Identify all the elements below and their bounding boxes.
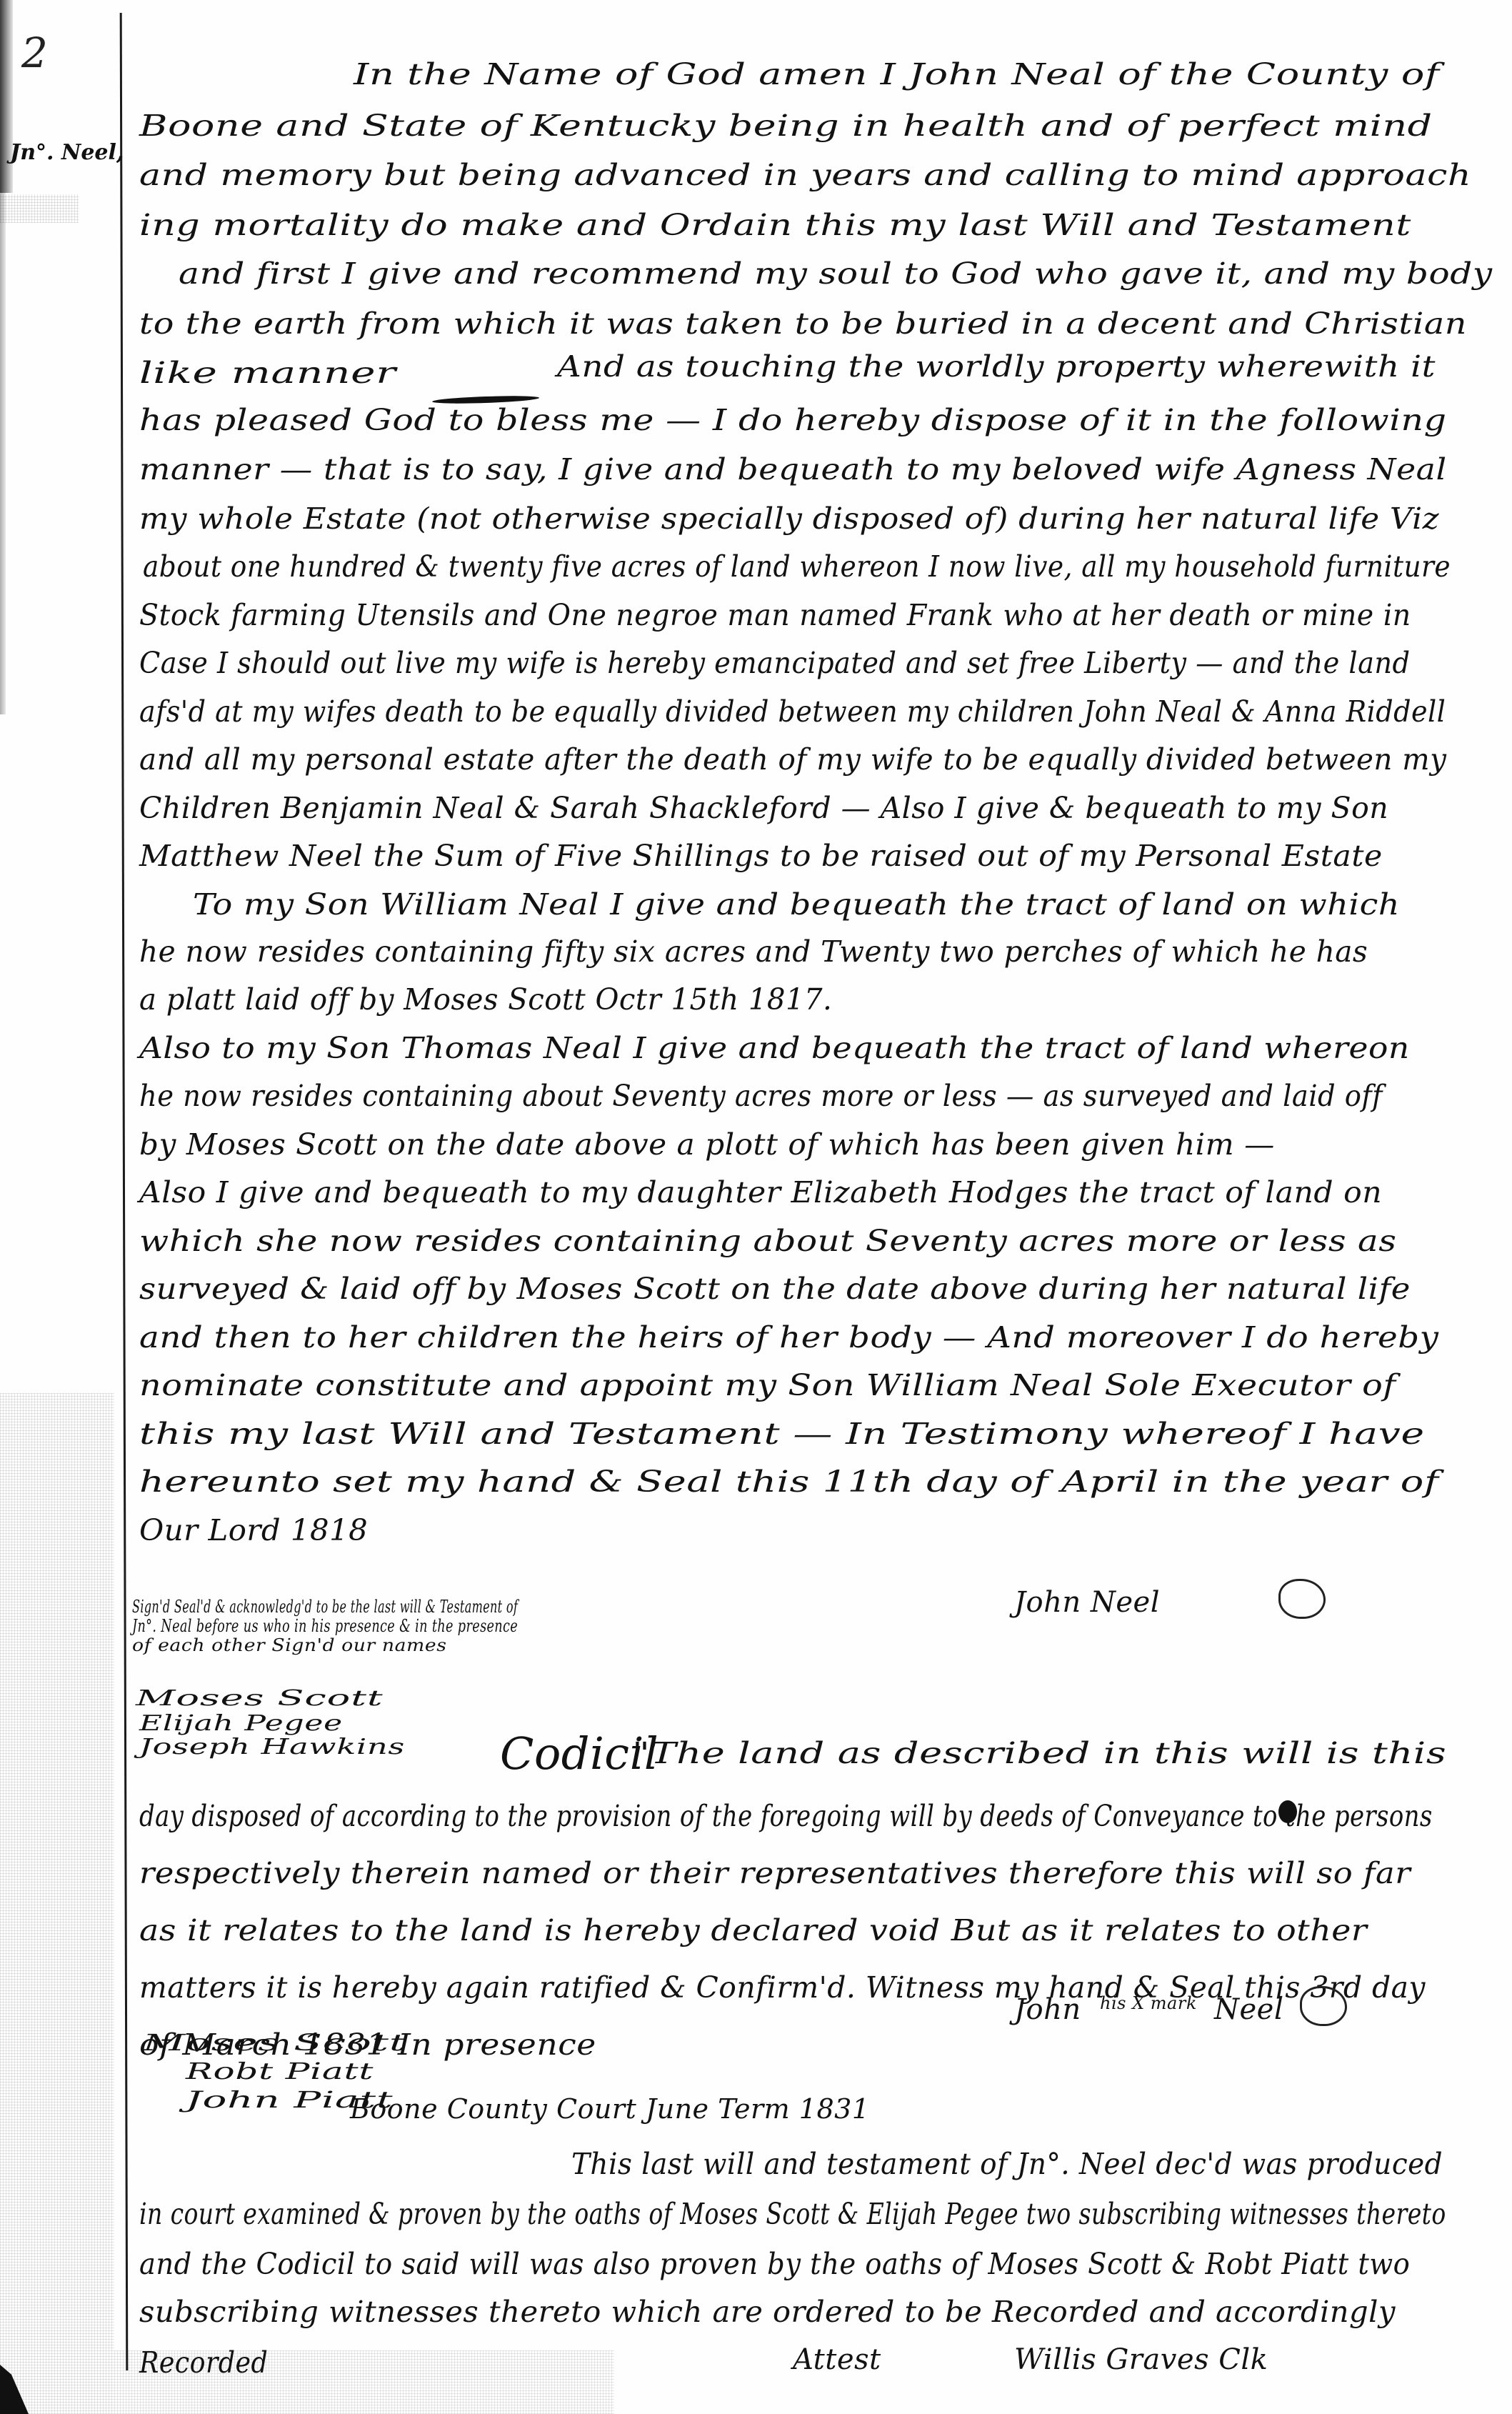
handwritten-line: respectively therein named or their repr… (139, 1856, 1411, 1890)
handwritten-line: about one hundred & twenty five acres of… (143, 549, 1451, 584)
handwritten-line: like manner (139, 356, 396, 390)
handwritten-line: and first I give and recommend my soul t… (179, 256, 1493, 291)
handwritten-line: of each other Sign'd our names (132, 1635, 446, 1655)
handwritten-line: Also I give and bequeath to my daughter … (139, 1175, 1382, 1210)
margin-note: Jn°. Neel, (10, 140, 124, 165)
handwritten-line: and all my personal estate after the dea… (139, 742, 1446, 777)
handwritten-line: as it relates to the land is hereby decl… (139, 1913, 1367, 1947)
page-number: 2 (21, 29, 48, 77)
handwritten-line: surveyed & laid off by Moses Scott on th… (139, 1272, 1411, 1306)
handwritten-line: Children Benjamin Neal & Sarah Shacklefo… (139, 791, 1388, 825)
handwritten-line: day disposed of according to the provisi… (139, 1799, 1433, 1833)
handwritten-line: In the Name of God amen I John Neal of t… (354, 57, 1440, 91)
handwritten-line: Sign'd Seal'd & acknowledg'd to be the l… (132, 1597, 518, 1617)
handwritten-line: Joseph Hawkins (139, 1735, 405, 1760)
handwritten-line: "The land as described in this will is t… (632, 1736, 1446, 1770)
codicil-signature-first: John (1014, 1993, 1081, 2026)
codicil-signature-last: Neel (1214, 1993, 1283, 2026)
seal-icon (1278, 1579, 1326, 1619)
ink-blot (1278, 1800, 1297, 1823)
handwritten-line: my whole Estate (not otherwise specially… (139, 502, 1439, 536)
handwritten-line: to the earth from which it was taken to … (139, 306, 1467, 341)
attest-label: Attest (793, 2343, 881, 2376)
handwritten-line: and then to her children the heirs of he… (139, 1320, 1438, 1355)
handwritten-line: in court examined & proven by the oaths … (139, 2197, 1446, 2231)
handwritten-line: Boone and State of Kentucky being in hea… (139, 109, 1433, 143)
handwritten-line: Also to my Son Thomas Neal I give and be… (139, 1031, 1410, 1065)
handwritten-line: Robt Piatt (186, 2058, 374, 2085)
handwritten-line: afs'd at my wifes death to be equally di… (139, 694, 1446, 729)
handwritten-line: To my Son William Neal I give and bequea… (193, 887, 1400, 922)
handwritten-line: has pleased God to bless me — I do hereb… (139, 403, 1447, 437)
testator-signature: John Neel (1014, 1586, 1160, 1619)
scanned-page: 2 Jn°. Neel, In the Name of God amen I J… (0, 0, 1512, 2414)
handwritten-line: a platt laid off by Moses Scott Octr 15t… (139, 982, 832, 1017)
codicil-signature-mark: his X mark (1100, 1993, 1197, 2013)
clerk-signature: Willis Graves Clk (1014, 2343, 1268, 2376)
court-heading: Boone County Court June Term 1831 (350, 2093, 870, 2125)
handwritten-line: nominate constitute and appoint my Son W… (139, 1368, 1396, 1402)
handwritten-line: Stock farming Utensils and One negroe ma… (139, 598, 1411, 632)
handwritten-line: and the Codicil to said will was also pr… (139, 2247, 1410, 2281)
cloth-texture (0, 1393, 114, 2414)
handwritten-line: subscribing witnesses thereto which are … (139, 2295, 1396, 2329)
handwritten-line: and memory but being advanced in years a… (139, 158, 1471, 192)
handwritten-line: he now resides containing about Seventy … (139, 1079, 1383, 1113)
handwritten-line: manner — that is to say, I give and bequ… (139, 452, 1447, 487)
handwritten-line: Matthew Neel the Sum of Five Shillings t… (139, 839, 1383, 873)
margin-rule (120, 13, 129, 2370)
handwritten-line: which she now resides containing about S… (139, 1224, 1396, 1258)
handwritten-line: Jn°. Neal before us who in his presence … (132, 1616, 518, 1636)
cloth-texture (0, 194, 79, 223)
handwritten-line: Moses Scott (143, 2029, 406, 2056)
handwritten-line: And as touching the worldly property whe… (557, 349, 1436, 384)
handwritten-line: ing mortality do make and Ordain this my… (139, 208, 1411, 242)
handwritten-line: This last will and testament of Jn°. Nee… (571, 2147, 1443, 2181)
handwritten-line: Our Lord 1818 (139, 1513, 368, 1547)
handwritten-line: by Moses Scott on the date above a plott… (139, 1127, 1275, 1162)
seal-icon (1300, 1986, 1347, 2026)
handwritten-line: this my last Will and Testament — In Tes… (139, 1417, 1425, 1451)
handwritten-line: Recorded (139, 2345, 268, 2380)
handwritten-line: he now resides containing fifty six acre… (139, 934, 1368, 969)
handwritten-line: Case I should out live my wife is hereby… (139, 646, 1410, 680)
handwritten-line: Moses Scott (136, 1686, 384, 1711)
handwritten-line: Elijah Pegee (139, 1711, 343, 1736)
handwritten-line: hereunto set my hand & Seal this 11th da… (139, 1465, 1439, 1499)
